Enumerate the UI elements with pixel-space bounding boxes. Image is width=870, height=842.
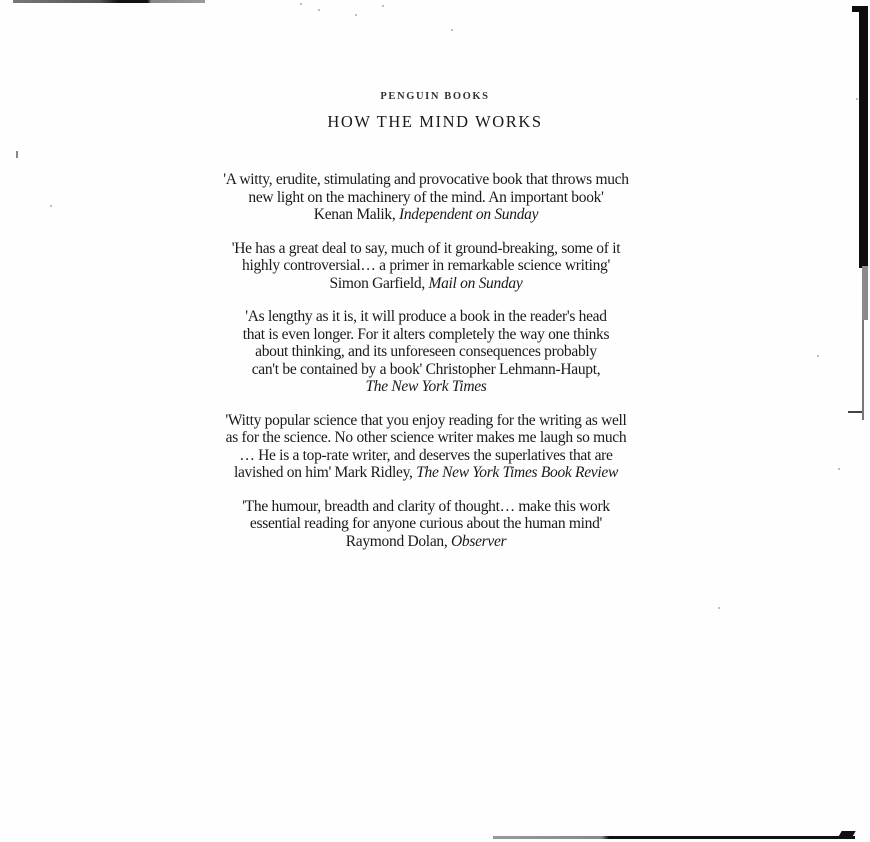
quote-line: as for the science. No other science wri… xyxy=(0,429,852,447)
quote-author: Simon Garfield, xyxy=(330,275,429,292)
quote-source: Mail on Sunday xyxy=(428,275,522,292)
scan-right-edge-thin xyxy=(862,320,864,420)
scan-speck xyxy=(451,29,453,31)
scan-speck xyxy=(355,14,357,16)
quote-source: Independent on Sunday xyxy=(399,206,538,223)
quote-author: Raymond Dolan, xyxy=(346,533,451,550)
quote-author: can't be contained by a book' Christophe… xyxy=(0,361,852,379)
quote-line: 'The humour, breadth and clarity of thou… xyxy=(0,498,852,516)
review-quotes: 'A witty, erudite, stimulating and provo… xyxy=(0,171,852,566)
quote-attribution: Raymond Dolan, Observer xyxy=(0,533,852,551)
quote-author: Kenan Malik, xyxy=(314,206,399,223)
scan-speck xyxy=(718,607,720,609)
scan-right-edge-grey xyxy=(862,266,868,320)
quote-line: about thinking, and its unforeseen conse… xyxy=(0,343,852,361)
quote-line: new light on the machinery of the mind. … xyxy=(0,189,852,207)
scan-left-mark xyxy=(16,151,18,158)
quote-line: highly controversial… a primer in remark… xyxy=(0,257,852,275)
scan-top-edge xyxy=(13,0,205,3)
quote-line: 'Witty popular science that you enjoy re… xyxy=(0,412,852,430)
quote-line: 'As lengthy as it is, it will produce a … xyxy=(0,308,852,326)
scan-speck xyxy=(382,5,384,7)
quote-source: Observer xyxy=(451,533,506,550)
quote-source: The New York Times Book Review xyxy=(416,464,618,481)
quote-line: that is even longer. For it alters compl… xyxy=(0,326,852,344)
scan-speck xyxy=(318,9,320,11)
scan-bottom-edge xyxy=(493,836,855,839)
review-quote: 'Witty popular science that you enjoy re… xyxy=(0,412,852,482)
quote-line: essential reading for anyone curious abo… xyxy=(0,515,852,533)
scan-right-edge xyxy=(859,6,868,268)
quote-attribution: Kenan Malik, Independent on Sunday xyxy=(0,206,852,224)
quote-attribution: Simon Garfield, Mail on Sunday xyxy=(0,275,852,293)
review-quote: 'The humour, breadth and clarity of thou… xyxy=(0,498,852,551)
book-page: PENGUIN BOOKS HOW THE MIND WORKS 'A witt… xyxy=(0,0,870,842)
publisher-name: PENGUIN BOOKS xyxy=(0,91,870,102)
review-quote: 'He has a great deal to say, much of it … xyxy=(0,240,852,293)
review-quote: 'As lengthy as it is, it will produce a … xyxy=(0,308,852,396)
quote-attribution: lavished on him' Mark Ridley, The New Yo… xyxy=(0,464,852,482)
review-quote: 'A witty, erudite, stimulating and provo… xyxy=(0,171,852,224)
quote-line: 'A witty, erudite, stimulating and provo… xyxy=(0,171,852,189)
scan-speck xyxy=(300,3,302,5)
quote-line: … He is a top-rate writer, and deserves … xyxy=(0,447,852,465)
quote-line: 'He has a great deal to say, much of it … xyxy=(0,240,852,258)
quote-source: The New York Times xyxy=(0,378,852,396)
book-title: HOW THE MIND WORKS xyxy=(0,112,870,132)
quote-author: lavished on him' Mark Ridley, xyxy=(234,464,416,481)
